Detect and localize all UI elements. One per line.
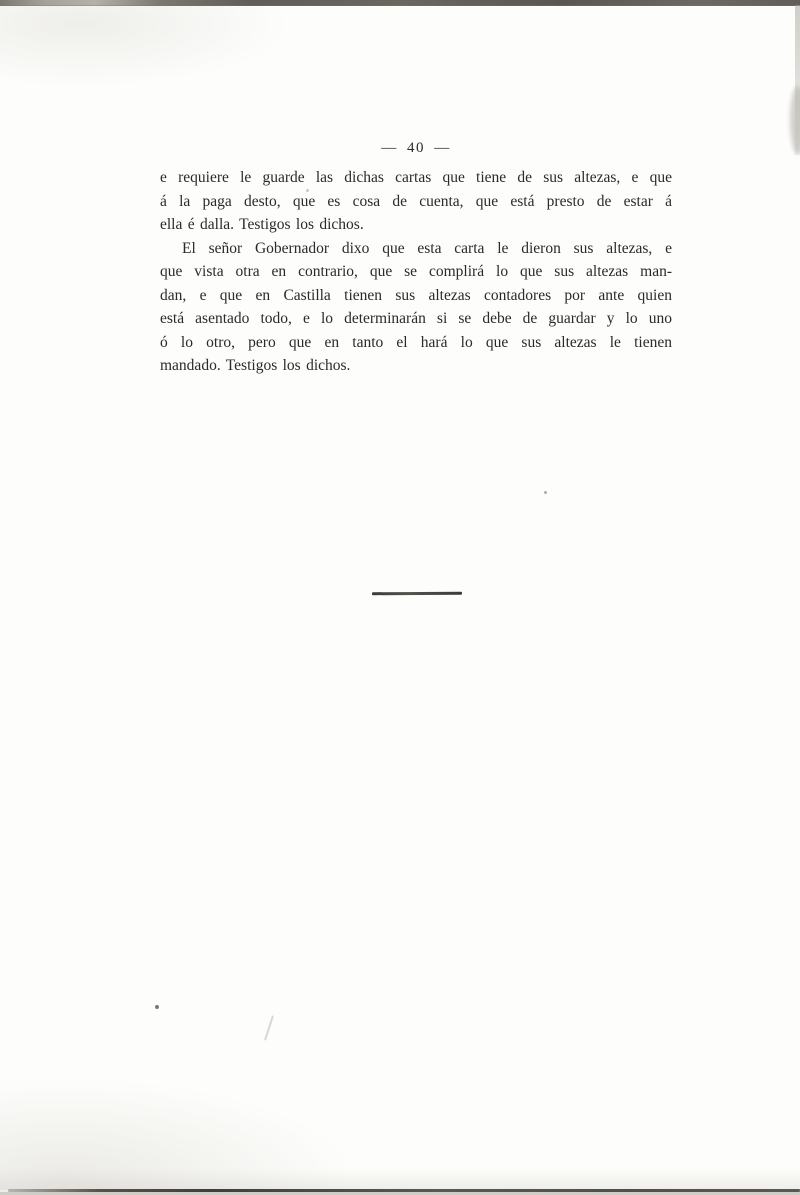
text-line: ó lo otro, pero que en tanto el hará lo … [160,331,672,355]
scan-speck [155,1005,159,1009]
text-line: mandado. Testigos los dichos. [160,354,672,378]
scan-speck [306,189,309,192]
text-line: e requiere le guarde las dichas cartas q… [160,166,672,190]
page-number: — 40 — [160,140,672,157]
page-text: e requiere le guarde las dichas cartas q… [160,166,672,378]
paragraph-2: El señor Gobernador dixo que esta carta … [160,237,672,378]
text-line: á la paga desto, que es cosa de cuenta, … [160,190,672,214]
scanned-book-page: — 40 — e requiere le guarde las dichas c… [0,0,800,1195]
scan-top-edge [0,0,800,6]
scan-bottom-shadow [0,1168,800,1190]
text-line: El señor Gobernador dixo que esta carta … [160,237,672,261]
paragraph-1: e requiere le guarde las dichas cartas q… [160,166,672,237]
scan-speck [544,491,547,494]
scan-right-edge-blob [790,86,800,154]
text-line: dan, e que en Castilla tienen sus alteza… [160,284,672,308]
text-line: está asentado todo, e lo determinarán si… [160,307,672,331]
text-line: que vista otra en contrario, que se comp… [160,260,672,284]
section-divider-rule [372,592,462,595]
text-line: ella é dalla. Testigos los dichos. [160,213,672,237]
scan-smudge [264,1015,274,1040]
